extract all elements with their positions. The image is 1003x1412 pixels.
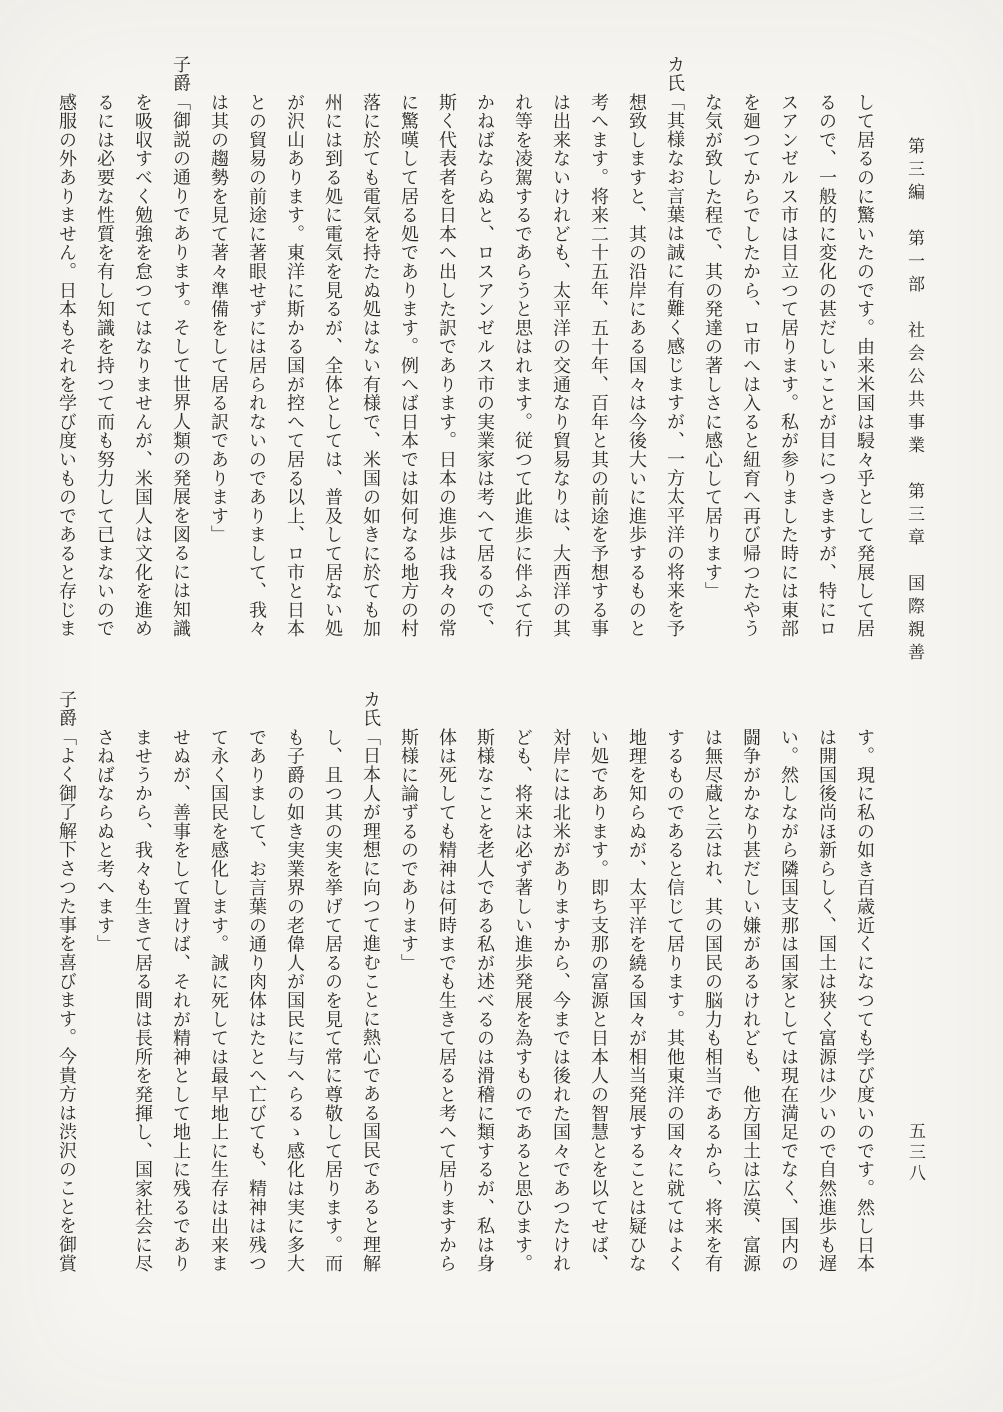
text-line: 闘争がかなり甚だしい嫌があるけれども、他方国土は広漠、富源 — [731, 690, 769, 1296]
text-line: との貿易の前途に著眼せずには居られないのでありまして、我々 — [237, 55, 275, 661]
speech-line-speaker: カ氏「其様なお言葉は誠に有難く感じますが、一方太平洋の将来を予 — [655, 55, 693, 661]
text-line: せぬが、善事をして置けば、それが精神として地上に残るであり — [161, 690, 199, 1296]
text-line: するものであると信じて居ります。其他東洋の国々に就てはよく — [655, 690, 693, 1296]
text-line: 州には到る処に電気を見るが、全体としては、普及して居ない処 — [313, 55, 351, 661]
text-line: て永く国民を感化します。誠に死しては最早地上に生存は出来ま — [199, 690, 237, 1296]
text-line: は出来ないけれども、太平洋の交通なり貿易なりは、大西洋の其 — [541, 55, 579, 661]
text-line: い処であります。即ち支那の富源と日本人の智慧とを以てせば、 — [579, 690, 617, 1296]
text-line: を廻つてからでしたから、ロ市へは入ると紐育へ再び帰つたやう — [731, 55, 769, 661]
text-line: い。然しながら隣国支那は国家としては現在満足でなく、国内の — [769, 690, 807, 1296]
text-line: を吸収すべく勉強を怠つてはなりませんが、米国人は文化を進め — [123, 55, 161, 661]
text-line: に驚嘆して居る処であります。例へば日本では如何なる地方の村 — [389, 55, 427, 661]
text-line: 感服の外ありません。日本もそれを学び度いものであると存じま — [47, 55, 85, 661]
scanned-book-page: 第三編 第一部 社会公共事業 第三章 国際親善 五三八 して居るのに驚いたのです… — [0, 0, 1003, 1412]
text-line: は無尽蔵と云はれ、其の国民の脳力も相当であるから、将来を有 — [693, 690, 731, 1296]
text-line: 落に於ても電気を持たぬ処はない有様で、米国の如きに於ても加 — [351, 55, 389, 661]
text-line: 考へます。将来二十五年、五十年、百年と其の前途を予想する事 — [579, 55, 617, 661]
page-number: 五三八 — [903, 1122, 928, 1185]
chapter-header: 第三編 第一部 社会公共事業 第三章 国際親善 — [902, 137, 927, 666]
text-line: 斯く代表者を日本へ出した訳であります。日本の進歩は我々の常 — [427, 55, 465, 661]
text-line: ませうから、我々も生きて居る間は長所を発揮し、国家社会に尽 — [123, 690, 161, 1296]
speech-line-speaker: カ氏「日本人が理想に向つて進むことに熱心である国民であると理解 — [351, 690, 389, 1296]
text-line: ども、将来は必ず著しい進歩発展を為すものであると思ひます。 — [503, 690, 541, 1296]
text-line: れ等を凌駕するであらうと思はれます。従つて此進歩に伴ふて行 — [503, 55, 541, 661]
text-line: 斯様なことを老人である私が述べるのは滑稽に類するが、私は身 — [465, 690, 503, 1296]
text-line: して居るのに驚いたのです。由来米国は駸々乎として発展して居 — [845, 55, 883, 661]
text-line: 体は死しても精神は何時までも生きて居ると考へて居りますから — [427, 690, 465, 1296]
speech-line-speaker: 子爵「御説の通りであります。そして世界人類の発展を図るには知識 — [161, 55, 199, 661]
text-block-bottom: す。現に私の如き百歳近くになつても学び度いのです。然し日本は開国後尚ほ新らしく、… — [47, 690, 883, 1296]
text-line: かねばならぬと、ロスアンゼルス市の実業家は考へて居るので、 — [465, 55, 503, 661]
text-line: な気が致した程で、其の発達の著しさに感心して居ります」 — [693, 55, 731, 661]
text-line: は其の趨勢を見て著々準備をして居る訳であります」 — [199, 55, 237, 661]
text-line: るので、一般的に変化の甚だしいことが目につきますが、特にロ — [807, 55, 845, 661]
text-block-top: して居るのに驚いたのです。由来米国は駸々乎として発展して居るので、一般的に変化の… — [47, 55, 883, 661]
text-line: す。現に私の如き百歳近くになつても学び度いのです。然し日本 — [845, 690, 883, 1296]
speech-line-speaker: 子爵「よく御了解下さつた事を喜びます。今貴方は渋沢のことを御賞 — [47, 690, 85, 1296]
text-line: は開国後尚ほ新らしく、国土は狭く富源は少いので自然進歩も遅 — [807, 690, 845, 1296]
text-line: でありまして、お言葉の通り肉体はたとへ亡びても、精神は残つ — [237, 690, 275, 1296]
text-line: 想致しますと、其の沿岸にある国々は今後大いに進歩するものと — [617, 55, 655, 661]
text-line: 斯様に論ずるのであります」 — [389, 690, 427, 1296]
text-line: るには必要な性質を有し知識を持つて而も努力して已まないので — [85, 55, 123, 661]
text-line: さねばならぬと考へます」 — [85, 690, 123, 1296]
text-line: も子爵の如き実業界の老偉人が国民に与へらるゝ感化は実に多大 — [275, 690, 313, 1296]
text-line: 地理を知らぬが、太平洋を繞る国々が相当発展することは疑ひな — [617, 690, 655, 1296]
text-line: スアンゼルス市は目立つて居ります。私が参りました時には東部 — [769, 55, 807, 661]
text-line: 対岸には北米がありますから、今までは後れた国々であつたけれ — [541, 690, 579, 1296]
text-line: し、且つ其の実を挙げて居るのを見て常に尊敬して居ります。而 — [313, 690, 351, 1296]
text-line: が沢山あります。東洋に斯かる国が控へて居る以上、ロ市と日本 — [275, 55, 313, 661]
